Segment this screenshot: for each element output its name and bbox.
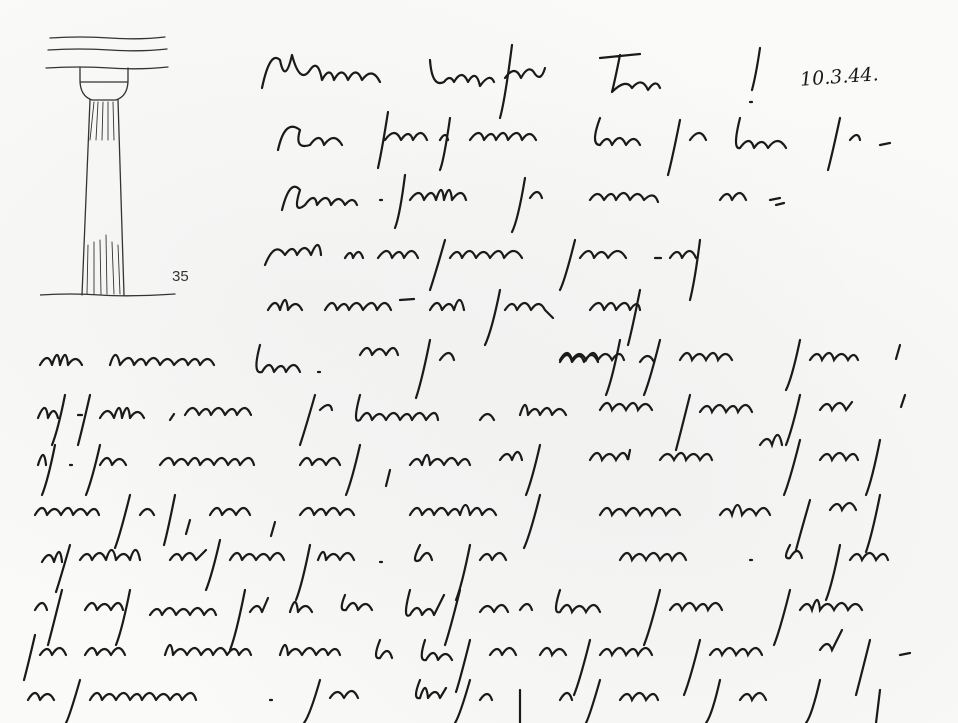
letter-page: 35 10.3.44. Meine liebe gute Frau! Eben …	[0, 0, 958, 723]
letter-line: habe dann immer wieder die Worte schwel-	[30, 618, 689, 668]
letter-line: die achten – und schön, als ob	[264, 269, 723, 318]
letter-line: daß ich alles, was mir so besonders lieb	[35, 374, 642, 423]
letter-line: ist, hier eingepackt muß, damit es nicht	[35, 424, 643, 473]
page-number: 35	[172, 268, 189, 285]
letter-line: gesehen. Ich wollte sie wieder ein-	[271, 157, 800, 208]
letter-line: alle bekommen hätten. Ich muß wissen,	[38, 322, 641, 371]
letter-line: abgeriegelt wird, verschlingt. Ich packe	[38, 519, 647, 568]
column-sketch-icon	[40, 30, 180, 300]
letter-line: verloren geht, oder, wenn einmal das Dor…	[33, 471, 675, 521]
letter-line: und Gutenachtwunsch. Ich habe Brief 1	[30, 664, 633, 713]
letter-date: 10.3.44.	[799, 63, 879, 90]
letter-line: ich sie nach einiger Zeit in die Tasche …	[30, 571, 675, 621]
letter-line: mal in den Händen haben, auf	[259, 219, 717, 268]
letter-line: Eben habe ich deine Briefe durch-	[274, 100, 794, 151]
letter-line: Meine liebe gute Frau!	[261, 37, 634, 85]
